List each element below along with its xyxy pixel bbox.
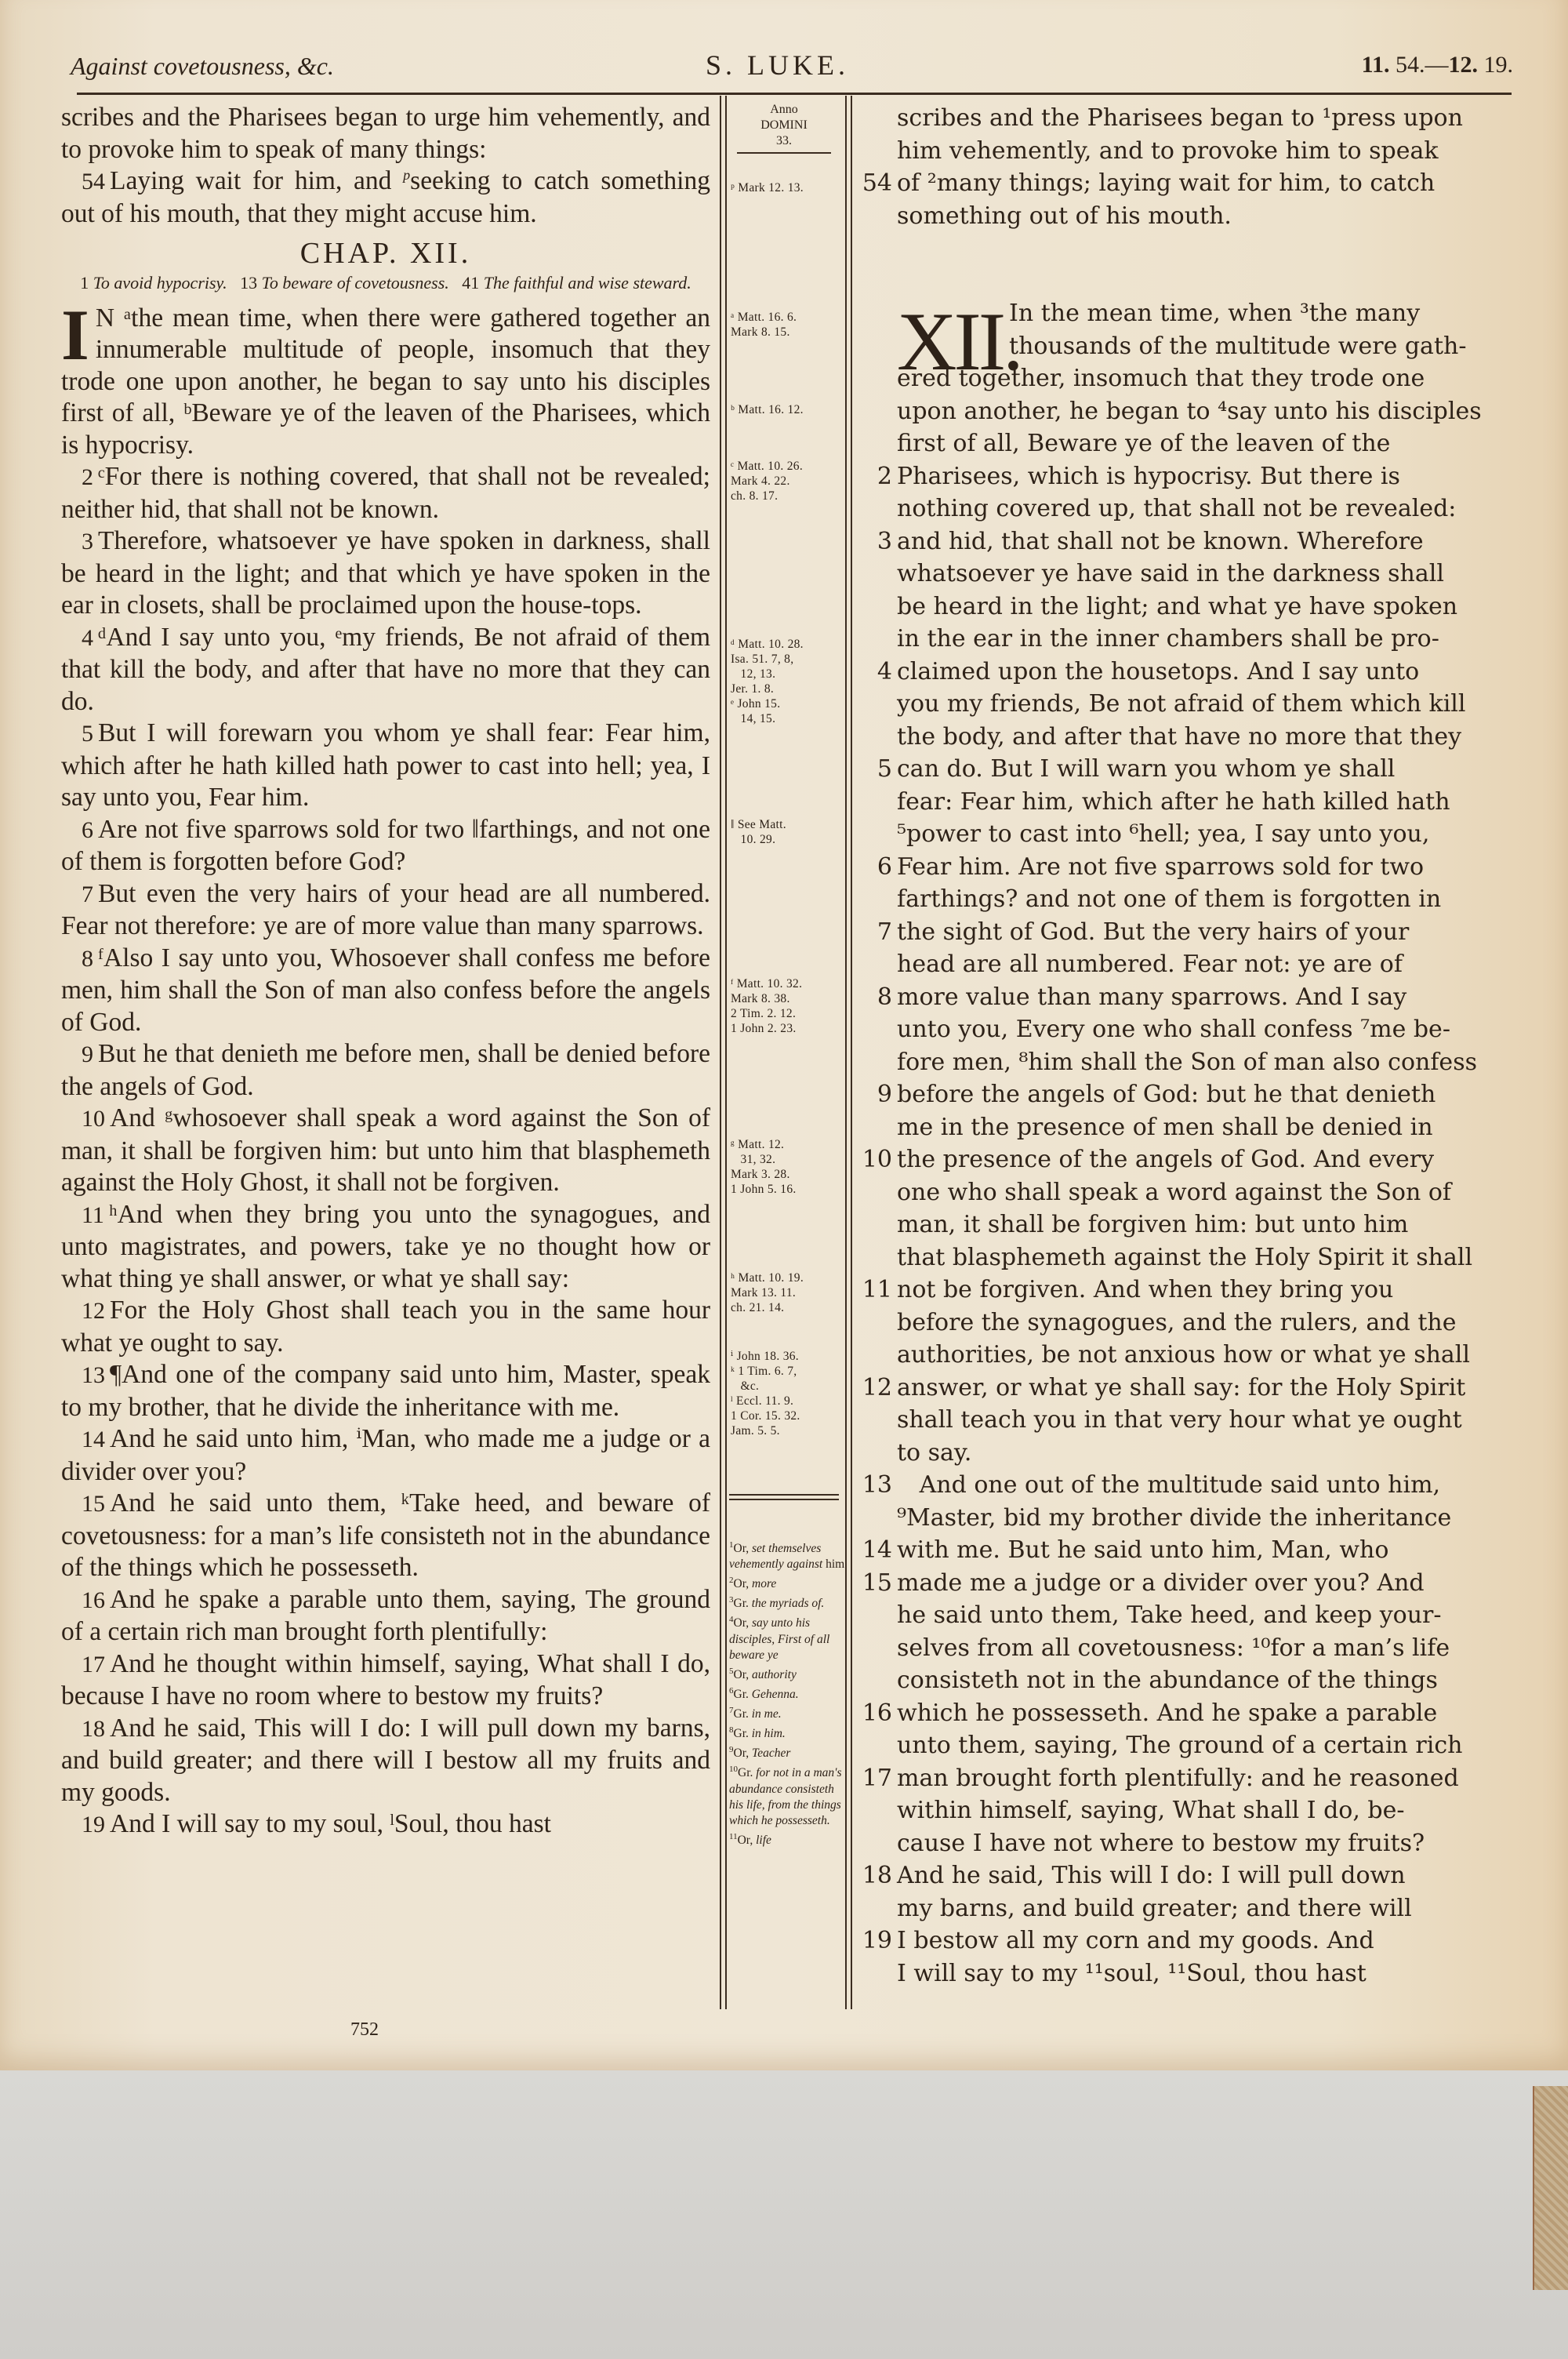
rv-line: something out of his mouth. (897, 200, 1512, 233)
rv-line-text: ⁹Master, bid my brother divide the inher… (897, 1504, 1451, 1532)
rv-line-text: me in the presence of men shall be denie… (897, 1114, 1433, 1141)
rv-line-text: selves from all covetousness: ¹⁰for a ma… (897, 1634, 1450, 1662)
marginal-notes: 1Or, set themselves vehemently against h… (729, 1537, 845, 1848)
verse-number: 54 (82, 169, 105, 194)
ref-line: ᶜ Matt. 10. 26. (731, 459, 840, 474)
drop-cap: I (61, 306, 89, 364)
verse-text: But he that denieth me before men, shall… (61, 1039, 710, 1101)
rv-line: whatsoever ye have said in the darkness … (897, 558, 1512, 591)
rv-line-text: which he possesseth. And he spake a para… (897, 1699, 1437, 1727)
verse-number: 9 (82, 1041, 93, 1067)
rv-line-text: whatsoever ye have said in the darkness … (897, 560, 1444, 587)
note: 11Or, life (729, 1829, 845, 1848)
summary-text: To avoid hypocrisy. (93, 273, 227, 293)
ref-line: 1 John 5. 16. (731, 1182, 840, 1197)
rv-line: fear: Fear him, which after he hath kill… (897, 786, 1512, 819)
ref-line: Mark 4. 22. (731, 474, 840, 489)
rv-line: head are all numbered. Fear not: ye are … (897, 948, 1512, 981)
rv-line-text: unto them, saying, The ground of a certa… (897, 1732, 1462, 1759)
note-text: in me. (752, 1707, 782, 1721)
rv-line: 54of ²many things; laying wait for him, … (897, 167, 1512, 200)
note-prefix: Or, (734, 1617, 753, 1630)
running-head: Against covetousness, &c. S. LUKE. 11. 5… (71, 49, 1513, 88)
rv-line: 12answer, or what ye shall say: for the … (897, 1372, 1512, 1405)
rv-line-text: with me. But he said unto him, Man, who (897, 1536, 1388, 1564)
rv-line: 17man brought forth plentifully: and he … (897, 1762, 1512, 1795)
rv-line: scribes and the Pharisees began to ¹pres… (897, 102, 1512, 135)
cross-ref: ᵍ Matt. 12. 31, 32.Mark 3. 28.1 John 5. … (731, 1137, 840, 1197)
rv-line-text: I bestow all my corn and my goods. And (897, 1927, 1374, 1954)
note: 4Or, say unto his disciples, First of al… (729, 1612, 845, 1663)
note: 6Gr. Gehenna. (729, 1683, 845, 1703)
verse-1: IN ᵃthe mean time, when there were gathe… (61, 303, 710, 462)
rv-line: cause I have not where to bestow my frui… (897, 1827, 1512, 1860)
ref-line: ᵇ Matt. 16. 12. (731, 403, 804, 416)
rv-line: 14with me. But he said unto him, Man, wh… (897, 1534, 1512, 1567)
chapter-summary: 1 To avoid hypocrisy. 13 To beware of co… (61, 273, 710, 293)
cross-ref: ᵈ Matt. 10. 28.Isa. 51. 7, 8, 12, 13.Jer… (731, 637, 840, 726)
note: 3Gr. the myriads of. (729, 1592, 845, 1612)
note-text: Teacher (752, 1747, 790, 1760)
note: 8Gr. in him. (729, 1722, 845, 1742)
verse-number: 13 (858, 1469, 892, 1502)
verse-number: 6 (858, 851, 892, 884)
ref-line: ᵏ 1 Tim. 6. 7, (731, 1364, 840, 1379)
verse-number: 15 (82, 1491, 105, 1517)
note-prefix: Or, (734, 1577, 753, 1590)
cross-ref: ᶠ Matt. 10. 32.Mark 8. 38.2 Tim. 2. 12.1… (731, 976, 840, 1036)
rv-line: within himself, saying, What shall I do,… (897, 1794, 1512, 1827)
ref-line: ˡ Eccl. 11. 9. (731, 1394, 840, 1408)
note-suffix: him (822, 1558, 844, 1571)
rv-line-text: Fear him. Are not five sparrows sold for… (897, 853, 1424, 881)
cross-ref: ᵖ Mark 12. 13. (731, 180, 840, 195)
rv-line: one who shall speak a word against the S… (897, 1176, 1512, 1209)
page-number: 752 (350, 2019, 379, 2041)
note-prefix: Gr. (734, 1688, 752, 1701)
summary-verse: 13 (240, 273, 257, 293)
note-number: 11 (729, 1832, 738, 1841)
revised-lines: scribes and the Pharisees began to ¹pres… (897, 102, 1512, 1990)
bible-page: Against covetousness, &c. S. LUKE. 11. 5… (0, 0, 1568, 2082)
rv-line (897, 265, 1512, 298)
note: 1Or, set themselves vehemently against h… (729, 1537, 845, 1572)
verse-9: 9But he that denieth me before men, shal… (61, 1038, 710, 1103)
rv-line: 13 And one out of the multitude said unt… (897, 1469, 1512, 1502)
note-prefix: Gr. (738, 1767, 756, 1780)
rv-line-text: farthings? and not one of them is forgot… (897, 885, 1441, 913)
ribbon-bookmark (1533, 2086, 1568, 2290)
note-prefix: Gr. (734, 1707, 752, 1721)
verse-text: Laying wait for him, and (110, 166, 403, 195)
rv-line-text: claimed upon the housetops. And I say un… (897, 658, 1419, 685)
verse-54: 54Laying wait for him, and pseeking to c… (61, 165, 710, 230)
verse-15: 15And he said unto them, ᵏTake heed, and… (61, 1488, 710, 1584)
rv-line-text: answer, or what ye shall say: for the Ho… (897, 1374, 1465, 1401)
note: 10Gr. for not in a man's abundance consi… (729, 1761, 845, 1828)
rv-line-text: And he said, This will I do: I will pull… (897, 1862, 1406, 1889)
verse-number: 17 (82, 1652, 105, 1677)
verse-number: 8 (82, 946, 93, 972)
chapter-title: CHAP. XII. (61, 238, 710, 270)
verse-text: And he said, This will I do: I will pull… (61, 1714, 710, 1807)
verse-number: 19 (858, 1925, 892, 1957)
rv-line-text: that blasphemeth against the Holy Spirit… (897, 1244, 1472, 1271)
summary-text: To beware of covetousness. (262, 273, 449, 293)
verse-number: 2 (858, 460, 892, 493)
verse-text: And ᵍwhosoever shall speak a word agains… (61, 1103, 710, 1197)
verse-19: 19And I will say to my soul, ˡSoul, thou… (61, 1808, 710, 1841)
ref-line: Mark 3. 28. (731, 1167, 840, 1182)
running-head-topic: Against covetousness, &c. (71, 52, 334, 81)
ref-line: ⁱ John 18. 36. (731, 1349, 840, 1364)
note-prefix: Or, (734, 1747, 753, 1760)
range-verse-end: 19. (1478, 52, 1513, 78)
verse-7: 7But even the very hairs of your head ar… (61, 878, 710, 943)
note-text: the myriads of. (752, 1597, 825, 1610)
verse-text: And he said unto him, ⁱMan, who made me … (61, 1424, 710, 1486)
verse-11: 11ʰAnd when they bring you unto the syna… (61, 1199, 710, 1296)
revised-version-column: XII. scribes and the Pharisees began to … (897, 102, 1512, 1990)
rv-line: 9before the angels of God: but he that d… (897, 1078, 1512, 1111)
verse-number: 15 (858, 1567, 892, 1600)
rv-line-text: scribes and the Pharisees began to ¹pres… (897, 104, 1463, 132)
verse-number: 11 (82, 1202, 104, 1228)
rv-line: fore men, ⁸him shall the Son of man also… (897, 1046, 1512, 1079)
rv-line-text: to say. (897, 1439, 971, 1467)
verse-3: 3Therefore, whatsoever ye have spoken in… (61, 525, 710, 622)
rv-line: man, it shall be forgiven him: but unto … (897, 1209, 1512, 1241)
verse-text: And he thought within himself, saying, W… (61, 1649, 710, 1711)
verse-17: 17And he thought within himself, saying,… (61, 1648, 710, 1713)
rv-line: before the synagogues, and the rulers, a… (897, 1307, 1512, 1339)
note-number: 10 (729, 1765, 738, 1774)
rv-line-text: my barns, and build greater; and there w… (897, 1895, 1412, 1922)
rv-line-text: Pharisees, which is hypocrisy. But there… (897, 463, 1400, 490)
verse-number: 5 (82, 721, 93, 747)
running-head-range: 11. 54.—12. 19. (1362, 52, 1513, 78)
verse-text: ʰAnd when they bring you unto the synago… (61, 1200, 710, 1293)
verse-6: 6Are not five sparrows sold for two ‖far… (61, 814, 710, 878)
verse-number: 4 (82, 625, 93, 651)
rv-line-text: cause I have not where to bestow my frui… (897, 1830, 1425, 1857)
ref-line: 31, 32. (731, 1152, 840, 1167)
ref-line: Jam. 5. 5. (731, 1423, 840, 1438)
anno-year: 33. (724, 133, 844, 149)
verse-number: 17 (858, 1762, 892, 1795)
verse-4: 4ᵈAnd I say unto you, ᵉmy friends, Be no… (61, 622, 710, 718)
rv-line-text: the presence of the angels of God. And e… (897, 1146, 1434, 1173)
rv-line-text: of ²many things; laying wait for him, to… (897, 169, 1435, 197)
rv-line-text: something out of his mouth. (897, 202, 1232, 230)
anno-domini: Anno DOMINI 33. (724, 102, 844, 149)
rv-line: 19I bestow all my corn and my goods. And (897, 1925, 1512, 1957)
rv-line: the body, and after that have no more th… (897, 721, 1512, 754)
range-chapter-end: 12. (1449, 52, 1479, 78)
rv-line: In the mean time, when ³the many (897, 297, 1512, 330)
ref-line: Mark 8. 38. (731, 991, 840, 1006)
rv-line-text: the sight of God. But the very hairs of … (897, 918, 1409, 946)
ref-line: &c. (731, 1379, 840, 1394)
domini-label: DOMINI (724, 118, 844, 133)
cross-ref: ᶜ Matt. 10. 26.Mark 4. 22.ch. 8. 17. (731, 459, 840, 503)
authorized-version-column: scribes and the Pharisees began to urge … (61, 102, 710, 1841)
note: 2Or, more (729, 1572, 845, 1592)
rv-line: ered together, insomuch that they trode … (897, 362, 1512, 395)
verse-number: 11 (858, 1274, 892, 1307)
verse-number: 16 (82, 1587, 105, 1613)
column-rule (720, 96, 721, 2009)
ref-line: ʰ Matt. 10. 19. (731, 1270, 840, 1285)
notes-divider (729, 1494, 839, 1500)
verse-number: 16 (858, 1697, 892, 1730)
verse-text: But I will forewarn you whom ye shall fe… (61, 718, 710, 812)
cross-ref: ʰ Matt. 10. 19.Mark 13. 11.ch. 21. 14. (731, 1270, 840, 1315)
rv-line-text: I will say to my ¹¹soul, ¹¹Soul, thou ha… (897, 1960, 1367, 1987)
note: 9Or, Teacher (729, 1742, 845, 1761)
note-prefix: Or, (734, 1668, 753, 1681)
ref-line: 1 John 2. 23. (731, 1021, 840, 1036)
verse-14: 14And he said unto him, ⁱMan, who made m… (61, 1423, 710, 1488)
rv-line-text: fore men, ⁸him shall the Son of man also… (897, 1049, 1477, 1076)
running-head-book: S. LUKE. (706, 49, 849, 82)
verse-number: 3 (858, 525, 892, 558)
rv-line-text: man brought forth plentifully: and he re… (897, 1765, 1459, 1792)
anno-rule (737, 152, 831, 154)
rv-line: upon another, he began to ⁴say unto his … (897, 395, 1512, 428)
rv-line: selves from all covetousness: ¹⁰for a ma… (897, 1632, 1512, 1665)
verse-number: 14 (82, 1427, 105, 1452)
verse-text: But even the very hairs of your head are… (61, 879, 710, 941)
verse-number: 9 (858, 1078, 892, 1111)
verse-text: And he spake a parable unto them, saying… (61, 1585, 710, 1647)
rv-line: you my friends, Be not afraid of them wh… (897, 688, 1512, 721)
note-prefix: Or, (738, 1834, 757, 1847)
verse-number: 12 (858, 1372, 892, 1405)
rv-line: 2Pharisees, which is hypocrisy. But ther… (897, 460, 1512, 493)
rv-line-text: before the synagogues, and the rulers, a… (897, 1309, 1457, 1336)
rv-line-text: before the angels of God: but he that de… (897, 1081, 1436, 1108)
header-rule (77, 93, 1512, 95)
range-chapter-start: 11. (1362, 52, 1390, 78)
note-prefix: Gr. (734, 1727, 752, 1740)
rv-line: 10the presence of the angels of God. And… (897, 1143, 1512, 1176)
ref-line: ᶠ Matt. 10. 32. (731, 976, 840, 991)
verse-12: 12For the Holy Ghost shall teach you in … (61, 1295, 710, 1359)
verse-text: N ᵃthe mean time, when there were gather… (61, 304, 710, 460)
rv-line-text: more value than many sparrows. And I say (897, 983, 1406, 1011)
verse-number: 7 (82, 881, 93, 907)
ref-line: ᵈ Matt. 10. 28. (731, 637, 840, 652)
rv-line: in the ear in the inner chambers shall b… (897, 623, 1512, 656)
rv-line: 4claimed upon the housetops. And I say u… (897, 656, 1512, 689)
verse-number: 14 (858, 1534, 892, 1567)
verse-number: 5 (858, 753, 892, 786)
ref-line: 14, 15. (731, 711, 840, 726)
ref-line: ch. 21. 14. (731, 1300, 840, 1315)
verse-number: 2 (82, 464, 93, 490)
note: 7Gr. in me. (729, 1703, 845, 1722)
ref-line: Jer. 1. 8. (731, 682, 840, 696)
verse-13: 13¶And one of the company said unto him,… (61, 1359, 710, 1423)
verse-number: 10 (858, 1143, 892, 1176)
ref-line: ch. 8. 17. (731, 489, 840, 503)
rv-line-text: unto you, Every one who shall confess ⁷m… (897, 1016, 1450, 1043)
verse-text: And I will say to my soul, ˡSoul, thou h… (110, 1809, 551, 1838)
note-text: life (756, 1834, 771, 1847)
cross-ref: ⁱ John 18. 36.ᵏ 1 Tim. 6. 7, &c.ˡ Eccl. … (731, 1349, 840, 1438)
rv-line: that blasphemeth against the Holy Spirit… (897, 1241, 1512, 1274)
ref-line: 1 Cor. 15. 32. (731, 1408, 840, 1423)
note: 5Or, authority (729, 1663, 845, 1683)
rv-line-text: one who shall speak a word against the S… (897, 1179, 1451, 1206)
rv-line-text: can do. But I will warn you whom ye shal… (897, 755, 1395, 783)
verse-5: 5But I will forewarn you whom ye shall f… (61, 718, 710, 814)
rv-line: me in the presence of men shall be denie… (897, 1111, 1512, 1144)
rv-line: 6Fear him. Are not five sparrows sold fo… (897, 851, 1512, 884)
ref-line: ᵖ Mark 12. 13. (731, 181, 804, 194)
ref-line: ᵉ John 15. (731, 696, 840, 711)
range-verse-start: 54.— (1390, 52, 1449, 78)
rv-line (897, 232, 1512, 265)
rv-line: he said unto them, Take heed, and keep y… (897, 1599, 1512, 1632)
rv-line-text: ered together, insomuch that they trode … (897, 365, 1425, 392)
rv-line-text: ⁵power to cast into ⁶hell; yea, I say un… (897, 820, 1429, 848)
rv-line: 15made me a judge or a divider over you?… (897, 1567, 1512, 1600)
rv-line-text: fear: Fear him, which after he hath kill… (897, 788, 1450, 816)
verse-number: 10 (82, 1106, 105, 1132)
verse-2: 2ᶜFor there is nothing covered, that sha… (61, 461, 710, 525)
verse-text: Are not five sparrows sold for two ‖fart… (61, 815, 710, 877)
ref-line: ᵃ Matt. 16. 6. (731, 310, 840, 325)
verse-number: 8 (858, 981, 892, 1014)
rv-line: consisteth not in the abundance of the t… (897, 1664, 1512, 1697)
verse-18: 18And he said, This will I do: I will pu… (61, 1713, 710, 1809)
ref-line: Isa. 51. 7, 8, (731, 652, 840, 667)
rv-line: him vehemently, and to provoke him to sp… (897, 135, 1512, 168)
rv-line-text: thousands of the multitude were gath- (897, 333, 1466, 360)
note-text: authority (752, 1668, 797, 1681)
verse-number: 54 (858, 167, 892, 200)
rv-line: be heard in the light; and what ye have … (897, 591, 1512, 623)
rv-line: ⁵power to cast into ⁶hell; yea, I say un… (897, 818, 1512, 851)
verse-text: And he said unto them, ᵏTake heed, and b… (61, 1488, 710, 1582)
rv-line-text: consisteth not in the abundance of the t… (897, 1667, 1438, 1694)
cross-ref: ‖ See Matt. 10. 29. (731, 817, 840, 847)
rv-line: 8more value than many sparrows. And I sa… (897, 981, 1512, 1014)
rv-line: farthings? and not one of them is forgot… (897, 883, 1512, 916)
rv-line-text: he said unto them, Take heed, and keep y… (897, 1601, 1442, 1629)
verse-10: 10And ᵍwhosoever shall speak a word agai… (61, 1103, 710, 1199)
ref-line: 2 Tim. 2. 12. (731, 1006, 840, 1021)
rv-line-text: not be forgiven. And when they bring you (897, 1276, 1393, 1303)
rv-line-text: you my friends, Be not afraid of them wh… (897, 690, 1465, 718)
verse-number: 6 (82, 817, 93, 843)
rv-line-text: be heard in the light; and what ye have … (897, 593, 1457, 620)
rv-line: first of all, Beware ye of the leaven of… (897, 427, 1512, 460)
verse-number: 3 (82, 529, 93, 554)
rv-line-text: first of all, Beware ye of the leaven of… (897, 430, 1390, 457)
margin-references-column: Anno DOMINI 33. ᵖ Mark 12. 13. ᵃ Matt. 1… (724, 102, 844, 165)
verse-number: 4 (858, 656, 892, 689)
rv-line-text: nothing covered up, that shall not be re… (897, 495, 1456, 522)
cross-ref: ᵇ Matt. 16. 12. (731, 402, 840, 417)
rv-line: 3and hid, that shall not be known. Where… (897, 525, 1512, 558)
rv-line: 7the sight of God. But the very hairs of… (897, 916, 1512, 949)
rv-line: 5can do. But I will warn you whom ye sha… (897, 753, 1512, 786)
rv-line: to say. (897, 1437, 1512, 1470)
rv-line-text: upon another, he began to ⁴say unto his … (897, 398, 1482, 425)
rv-line: thousands of the multitude were gath- (897, 330, 1512, 363)
rv-line: authorities, be not anxious how or what … (897, 1339, 1512, 1372)
rv-line-text: in the ear in the inner chambers shall b… (897, 625, 1439, 652)
verse-8: 8ᶠAlso I say unto you, Whosoever shall c… (61, 943, 710, 1039)
verse-16: 16And he spake a parable unto them, sayi… (61, 1584, 710, 1648)
verse-text: Therefore, whatsoever ye have spoken in … (61, 526, 710, 620)
rv-line-text: And one out of the multitude said unto h… (897, 1471, 1440, 1499)
verse-text: ᵈAnd I say unto you, ᵉmy friends, Be not… (61, 623, 710, 716)
note-text: more (752, 1577, 776, 1590)
note-text: Gehenna. (752, 1688, 799, 1701)
rv-line: shall teach you in that very hour what y… (897, 1404, 1512, 1437)
column-rule (845, 96, 847, 2009)
rv-line: I will say to my ¹¹soul, ¹¹Soul, thou ha… (897, 1957, 1512, 1990)
ref-line: ᵍ Matt. 12. (731, 1137, 840, 1152)
rv-line-text: the body, and after that have no more th… (897, 723, 1461, 751)
verse-text: ¶And one of the company said unto him, M… (61, 1360, 710, 1422)
ref-line: Mark 13. 11. (731, 1285, 840, 1300)
summary-verse: 1 (80, 273, 89, 293)
ref-line: 12, 13. (731, 667, 840, 682)
scanner-background (0, 2070, 1568, 2359)
rv-line-text: shall teach you in that very hour what y… (897, 1406, 1462, 1434)
summary-text: The faithful and wise steward. (484, 273, 691, 293)
verse-continuation: scribes and the Pharisees began to urge … (61, 102, 710, 165)
rv-line: unto them, saying, The ground of a certa… (897, 1729, 1512, 1762)
rv-line: ⁹Master, bid my brother divide the inher… (897, 1502, 1512, 1535)
rv-line-text: man, it shall be forgiven him: but unto … (897, 1211, 1408, 1238)
verse-number: 18 (858, 1859, 892, 1892)
column-rule (725, 96, 727, 2009)
cross-ref-mark: p (403, 167, 410, 183)
rv-line: 11not be forgiven. And when they bring y… (897, 1274, 1512, 1307)
column-rule (851, 96, 852, 2009)
verse-number: 7 (858, 916, 892, 949)
verse-text: For the Holy Ghost shall teach you in th… (61, 1296, 710, 1358)
rv-line: 18And he said, This will I do: I will pu… (897, 1859, 1512, 1892)
rv-line: nothing covered up, that shall not be re… (897, 493, 1512, 525)
rv-line-text: him vehemently, and to provoke him to sp… (897, 137, 1439, 165)
rv-line: my barns, and build greater; and there w… (897, 1892, 1512, 1925)
rv-line-text: and hid, that shall not be known. Wheref… (897, 528, 1424, 555)
rv-line: 16which he possesseth. And he spake a pa… (897, 1697, 1512, 1730)
note-text: in him. (752, 1727, 786, 1740)
rv-line-text: head are all numbered. Fear not: ye are … (897, 951, 1403, 978)
rv-line: unto you, Every one who shall confess ⁷m… (897, 1013, 1512, 1046)
verse-text: ᶜFor there is nothing covered, that shal… (61, 462, 710, 524)
note-prefix: Gr. (734, 1597, 752, 1610)
rv-line-text: In the mean time, when ³the many (897, 300, 1420, 327)
ref-line: Mark 8. 15. (731, 325, 840, 340)
ref-line: 10. 29. (731, 832, 840, 847)
rv-line-text: made me a judge or a divider over you? A… (897, 1569, 1425, 1597)
rv-line-text: within himself, saying, What shall I do,… (897, 1797, 1405, 1824)
verse-number: 18 (82, 1716, 105, 1742)
verse-number: 19 (82, 1812, 105, 1837)
note-prefix: Or, (734, 1542, 753, 1555)
verse-number: 13 (82, 1362, 105, 1388)
rv-line-text: authorities, be not anxious how or what … (897, 1341, 1470, 1369)
